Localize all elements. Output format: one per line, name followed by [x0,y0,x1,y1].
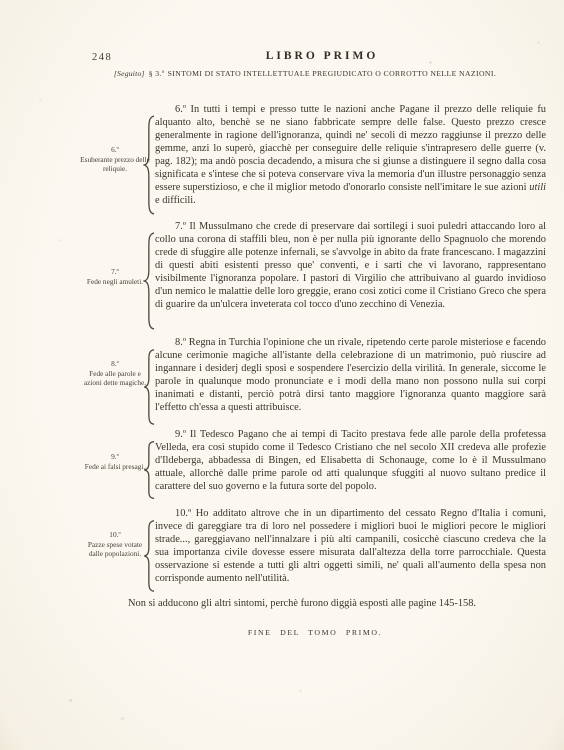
paragraph-9-text: 9.º Il Tedesco Pagano che ai tempi di Ta… [155,429,546,492]
closing-remark: Non si adducono gli altri sintomi, perch… [128,597,546,610]
paragraph-10-text: 10.º Ho additato altrove che in un dipar… [155,508,546,584]
paragraph-7-text: 7.º Il Mussulmano che crede di preservar… [155,221,546,310]
paragraph-6-text: 6.º In tutti i tempi e presso tutte le n… [155,104,546,193]
margin-note-text: Esuberante prezzo delle reliquie. [80,155,150,173]
section-seguito-label: [Seguito] [114,69,145,78]
paragraph-8: 8.º Regna in Turchia l'opinione che un r… [155,336,546,414]
end-of-volume-colophon: FINE DEL TOMO PRIMO. [155,628,475,637]
margin-note-text: Pazze spese votate dalle popolazioni. [88,540,142,558]
margin-note-7: 7.º Fede negli amuleti. [80,268,150,287]
margin-note-number: 7.º [80,268,150,277]
margin-note-9: 9.º Fede ai falsi presagi. [80,453,150,472]
section-title: SINTOMI DI STATO INTELLETTUALE PREGIUDIC… [168,69,497,78]
margin-note-text: Fede alle parole e azioni dette magiche. [84,369,146,387]
paragraph-6-italic-word: utili [529,182,546,193]
margin-note-text: Fede ai falsi presagi. [85,462,145,471]
paragraph-9: 9.º Il Tedesco Pagano che ai tempi di Ta… [155,428,546,493]
margin-note-text: Fede negli amuleti. [87,277,143,286]
margin-note-number: 9.º [80,453,150,462]
running-title: LIBRO PRIMO [202,50,442,62]
paragraph-8-text: 8.º Regna in Turchia l'opinione che un r… [155,337,546,413]
scanned-book-page: 248 LIBRO PRIMO [Seguito]§ 3.ºSINTOMI DI… [0,0,564,750]
margin-note-number: 8.º [80,360,150,369]
paragraph-6-text-end: e difficili. [155,195,196,206]
paragraph-7: 7.º Il Mussulmano che crede di preservar… [155,220,546,311]
margin-note-10: 10.º Pazze spese votate dalle popolazion… [80,531,150,558]
margin-note-number: 10.º [80,531,150,540]
page-number: 248 [92,52,112,63]
margin-note-6: 6.º Esuberante prezzo delle reliquie. [80,146,150,173]
section-heading: [Seguito]§ 3.ºSINTOMI DI STATO INTELLETT… [70,69,540,78]
paragraph-10: 10.º Ho additato altrove che in un dipar… [155,507,546,585]
section-number: § 3.º [149,69,165,78]
margin-note-8: 8.º Fede alle parole e azioni dette magi… [80,360,150,387]
margin-note-number: 6.º [80,146,150,155]
scan-speckles [0,0,1,1]
paragraph-6: 6.º In tutti i tempi e presso tutte le n… [155,103,546,207]
